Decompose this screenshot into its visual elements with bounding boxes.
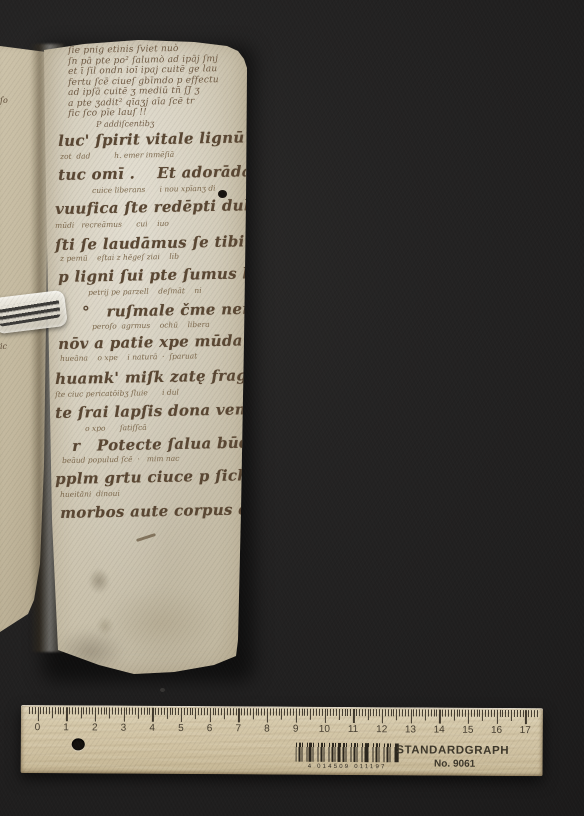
parchment-stain xyxy=(104,588,214,658)
ruler-tick xyxy=(442,710,443,717)
ruler-brand-label: STANDARDGRAPH xyxy=(392,744,514,757)
ruler-tick xyxy=(233,708,234,715)
ruler-tick xyxy=(319,709,320,716)
interlinear-gloss: beāud populud ſcē · mim nac xyxy=(62,454,179,465)
ruler-cm-label: 7 xyxy=(235,723,241,734)
ruler-tick xyxy=(201,708,202,715)
ruler-tick xyxy=(106,708,107,715)
ruler-tick xyxy=(419,709,420,716)
ruler-tick xyxy=(505,710,506,717)
ruler-tick xyxy=(207,708,208,715)
ruler-tick xyxy=(238,708,239,722)
ruler-tick xyxy=(49,707,50,714)
ruler-tick xyxy=(261,708,262,715)
ruler-tick xyxy=(370,709,371,716)
ruler-tick xyxy=(32,707,33,714)
ruler-tick xyxy=(103,708,104,715)
ruler-tick xyxy=(359,709,360,716)
ruler-tick xyxy=(531,710,532,717)
ruler-cm-label: 4 xyxy=(149,723,155,734)
ruler-tick xyxy=(58,707,59,714)
ruler: 01234567891011121314151617 4 014509 0111… xyxy=(21,705,543,776)
ruler-tick xyxy=(528,710,529,717)
ruler-tick xyxy=(307,709,308,716)
ruler-tick xyxy=(115,708,116,715)
ruler-tick xyxy=(144,708,145,715)
ruler-tick xyxy=(410,709,411,723)
manuscript-line: pplm grtu ciuce p ſichna te xyxy=(55,465,292,488)
ruler-tick xyxy=(436,710,437,717)
ruler-tick xyxy=(405,709,406,716)
ruler-tick xyxy=(324,709,325,723)
ruler-tick xyxy=(479,710,480,717)
ruler-tick xyxy=(431,710,432,717)
ruler-tick xyxy=(485,710,486,717)
ruler-tick xyxy=(316,709,317,716)
ruler-tick xyxy=(454,710,455,721)
ruler-tick xyxy=(522,710,523,717)
ruler-tick xyxy=(247,708,248,715)
ruler-tick xyxy=(293,709,294,716)
ruler-tick xyxy=(284,709,285,716)
ruler-tick xyxy=(474,710,475,717)
ruler-cm-label: 2 xyxy=(92,722,98,733)
ruler-tick-scale xyxy=(21,705,543,708)
ruler-tick xyxy=(356,709,357,716)
ruler-tick xyxy=(313,709,314,716)
ruler-tick xyxy=(215,708,216,715)
barcode-bars-icon xyxy=(296,743,399,763)
ruler-tick xyxy=(416,709,417,716)
ruler-tick xyxy=(40,707,41,714)
ruler-tick xyxy=(98,707,99,714)
ruler-tick xyxy=(158,708,159,715)
ruler-tick xyxy=(192,708,193,715)
ruler-tick xyxy=(525,710,526,724)
ruler-tick xyxy=(146,708,147,715)
ruler-tick xyxy=(502,710,503,717)
parchment-stain xyxy=(96,616,114,636)
wormhole xyxy=(218,190,227,198)
ruler-tick xyxy=(482,710,483,721)
ruler-tick xyxy=(459,710,460,717)
ruler-tick xyxy=(322,709,323,716)
ruler-cm-label: 6 xyxy=(207,723,213,734)
ruler-cm-label: 16 xyxy=(491,725,502,736)
ruler-tick xyxy=(451,710,452,717)
note-line: a pte ʒadit² qīaʒj aīa ſcē tr xyxy=(68,96,195,108)
ruler-tick xyxy=(468,710,469,724)
ruler-tick xyxy=(149,708,150,715)
ruler-tick xyxy=(402,709,403,716)
ruler-tick xyxy=(428,709,429,716)
ruler-tick xyxy=(290,709,291,716)
ruler-cm-label: 5 xyxy=(178,723,184,734)
ruler-tick xyxy=(175,708,176,715)
ruler-tick xyxy=(37,707,38,721)
ruler-tick xyxy=(373,709,374,716)
ruler-tick xyxy=(256,708,257,715)
ruler-tick xyxy=(491,710,492,717)
ruler-tick xyxy=(126,708,127,715)
manuscript-line: tuc omī . Et adorāda te xyxy=(58,162,275,184)
ruler-tick xyxy=(445,710,446,717)
interlinear-gloss: petrij pe parzell deſmāt ni xyxy=(88,286,202,297)
ruler-tick xyxy=(55,707,56,714)
manuscript-line: huamk' miſk zatę fragilē xyxy=(55,366,269,388)
ruler-hole xyxy=(72,738,85,750)
ruler-tick xyxy=(310,709,311,720)
ruler-tick xyxy=(296,709,297,723)
ruler-tick xyxy=(86,707,87,714)
ruler-tick xyxy=(184,708,185,715)
ruler-tick xyxy=(433,710,434,717)
parchment-stain xyxy=(88,568,110,594)
ruler-tick xyxy=(422,709,423,716)
ruler-cm-label: 14 xyxy=(434,725,445,736)
ruler-tick xyxy=(258,708,259,715)
ruler-tick xyxy=(537,710,538,717)
ruler-tick xyxy=(304,709,305,716)
ruler-tick xyxy=(63,707,64,714)
ruler-tick xyxy=(365,709,366,716)
manuscript-line: r Potecte ſalua būdic xyxy=(72,433,265,455)
ruler-tick xyxy=(75,707,76,714)
interlinear-gloss: mūdi recreāmus cui iuo xyxy=(55,219,169,230)
interlinear-gloss: cuice liberans i nou xpīanʒ di xyxy=(92,184,216,195)
ruler-tick xyxy=(161,708,162,715)
ruler-tick xyxy=(511,710,512,721)
ruler-tick xyxy=(46,707,47,714)
ruler-cm-label: 0 xyxy=(35,722,41,733)
ruler-tick xyxy=(69,707,70,714)
ruler-tick xyxy=(376,709,377,716)
manuscript-line: te ſrai lapſis dona vem xyxy=(55,400,251,422)
ruler-cm-label: 3 xyxy=(121,723,127,734)
ruler-cm-label: 12 xyxy=(376,724,387,735)
ruler-tick xyxy=(339,709,340,720)
ruler-tick xyxy=(413,709,414,716)
ruler-tick xyxy=(213,708,214,715)
underleaf-ink-fragment: ic xyxy=(0,342,7,351)
ruler-tick xyxy=(497,710,498,724)
ruler-tick xyxy=(520,710,521,717)
ruler-tick xyxy=(465,710,466,717)
ruler-tick xyxy=(393,709,394,716)
ruler-cm-label: 9 xyxy=(293,724,299,735)
ruler-tick xyxy=(138,708,139,719)
ruler-tick xyxy=(477,710,478,717)
ruler-tick xyxy=(95,707,96,721)
ruler-tick xyxy=(267,709,268,723)
interlinear-gloss: peroſo agrmus ochū libera xyxy=(92,320,210,331)
ruler-tick xyxy=(336,709,337,716)
ruler-tick xyxy=(425,709,426,720)
ruler-tick xyxy=(235,708,236,715)
ruler-tick xyxy=(121,708,122,715)
ruler-tick xyxy=(517,710,518,717)
barcode-digits: 4 014509 011197 xyxy=(290,764,405,771)
ruler-tick xyxy=(92,707,93,714)
ruler-tick xyxy=(152,708,153,722)
ruler-tick xyxy=(508,710,509,717)
ruler-tick xyxy=(218,708,219,715)
ruler-tick xyxy=(399,709,400,716)
ruler-tick xyxy=(362,709,363,716)
ruler-tick xyxy=(230,708,231,715)
ruler-tick xyxy=(342,709,343,716)
section-heading: P addiſcentibʒ xyxy=(96,119,154,129)
ruler-tick xyxy=(118,708,119,715)
ruler-tick xyxy=(78,707,79,714)
ruler-tick xyxy=(221,708,222,715)
ruler-tick xyxy=(462,710,463,717)
ruler-tick xyxy=(488,710,489,717)
ruler-tick xyxy=(327,709,328,716)
ruler-tick xyxy=(494,710,495,717)
ruler-tick xyxy=(281,709,282,720)
interlinear-gloss: hueitāni dinoui xyxy=(60,489,120,499)
ruler-tick xyxy=(89,707,90,714)
clip-prongs-icon xyxy=(0,297,61,327)
interlinear-gloss: hueāna o xpe i naturā · ſparuat xyxy=(60,351,197,363)
ruler-tick xyxy=(60,707,61,714)
ruler-tick xyxy=(210,708,211,722)
ruler-tick xyxy=(80,707,81,718)
photo-stage: ſo de ic ſie pnig etinis ſviet nuòſn pā … xyxy=(0,0,584,816)
ruler-tick xyxy=(382,709,383,723)
ruler-tick xyxy=(500,710,501,717)
ruler-tick xyxy=(350,709,351,716)
ruler-tick xyxy=(439,710,440,724)
ruler-cm-label: 11 xyxy=(348,724,358,735)
ruler-cm-label: 8 xyxy=(264,723,270,734)
ruler-tick xyxy=(390,709,391,716)
ruler-tick xyxy=(29,707,30,714)
ruler-tick xyxy=(195,708,196,719)
ruler-tick xyxy=(52,707,53,718)
ruler-tick xyxy=(181,708,182,722)
interlinear-gloss: z pemū eſtai z hēgeſ ziai lib xyxy=(60,252,179,263)
ruler-tick xyxy=(172,708,173,715)
manuscript-line: nōv a patie xpe mūda n xyxy=(58,331,260,353)
ruler-tick xyxy=(43,707,44,714)
ruler-tick xyxy=(141,708,142,715)
ruler-tick xyxy=(101,707,102,714)
ruler-model-label: No. 9061 xyxy=(394,758,516,770)
ruler-tick xyxy=(301,709,302,716)
ruler-tick xyxy=(169,708,170,715)
ruler-tick xyxy=(35,707,36,714)
ruler-tick xyxy=(198,708,199,715)
ruler-tick xyxy=(287,709,288,716)
ruler-tick xyxy=(66,707,67,721)
ruler-tick xyxy=(250,708,251,715)
ruler-tick xyxy=(164,708,165,715)
pen-trial-mark xyxy=(136,533,156,542)
interlinear-gloss: zot dad h. emer inmēſiā xyxy=(60,150,174,161)
ruler-tick xyxy=(132,708,133,715)
ruler-tick xyxy=(353,709,354,723)
ruler-tick xyxy=(514,710,515,717)
ruler-tick xyxy=(385,709,386,716)
ruler-tick xyxy=(190,708,191,715)
ruler-tick xyxy=(155,708,156,715)
ruler-tick xyxy=(330,709,331,716)
interlinear-gloss: ſte ciuc pericatōibʒ ſluie i dul xyxy=(55,388,179,399)
ruler-tick xyxy=(471,710,472,717)
ruler-cm-label: 15 xyxy=(462,725,473,736)
ruler-tick xyxy=(333,709,334,716)
ruler-cm-label: 17 xyxy=(520,725,531,736)
ruler-tick xyxy=(253,708,254,719)
ruler-tick xyxy=(273,709,274,716)
ruler-tick xyxy=(534,710,535,717)
ruler-tick xyxy=(135,708,136,715)
ruler-tick xyxy=(388,709,389,716)
ruler-tick xyxy=(178,708,179,715)
ruler-tick xyxy=(112,708,113,715)
ruler-cm-label: 13 xyxy=(405,724,416,735)
ruler-tick xyxy=(448,710,449,717)
ruler-tick xyxy=(379,709,380,716)
underleaf-ink-fragment: ſo xyxy=(0,96,8,105)
ruler-tick xyxy=(264,708,265,715)
ruler-tick xyxy=(129,708,130,715)
ruler-tick xyxy=(187,708,188,715)
ruler-tick xyxy=(83,707,84,714)
ruler-tick xyxy=(167,708,168,719)
barcode: 4 014509 011197 xyxy=(296,743,399,771)
ruler-tick xyxy=(204,708,205,715)
ruler-tick xyxy=(72,707,73,714)
ruler-tick xyxy=(241,708,242,715)
ruler-cm-label: 10 xyxy=(319,724,330,735)
ruler-tick xyxy=(109,708,110,719)
ruler-tick xyxy=(299,709,300,716)
ruler-cm-label: 1 xyxy=(63,722,69,733)
ruler-tick xyxy=(367,709,368,720)
debris-speck xyxy=(160,688,165,692)
ruler-tick xyxy=(227,708,228,715)
note-line: ſie pnig etinis ſviet nuò xyxy=(68,44,179,56)
interlinear-gloss: o xpo ſatiſſcā xyxy=(85,423,147,433)
ruler-tick xyxy=(270,709,271,716)
ruler-tick xyxy=(456,710,457,717)
ruler-tick xyxy=(244,708,245,715)
ruler-tick xyxy=(347,709,348,716)
manuscript-leaf: ſie pnig etinis ſviet nuòſn pā pte po² ſ… xyxy=(44,40,248,676)
note-line: fic ſco pīe lauſ !! xyxy=(68,107,147,119)
ruler-tick xyxy=(123,708,124,722)
ruler-tick xyxy=(396,709,397,720)
ruler-tick xyxy=(224,708,225,719)
ruler-tick xyxy=(345,709,346,716)
ruler-tick xyxy=(276,709,277,716)
ruler-tick xyxy=(279,709,280,716)
ruler-tick xyxy=(408,709,409,716)
